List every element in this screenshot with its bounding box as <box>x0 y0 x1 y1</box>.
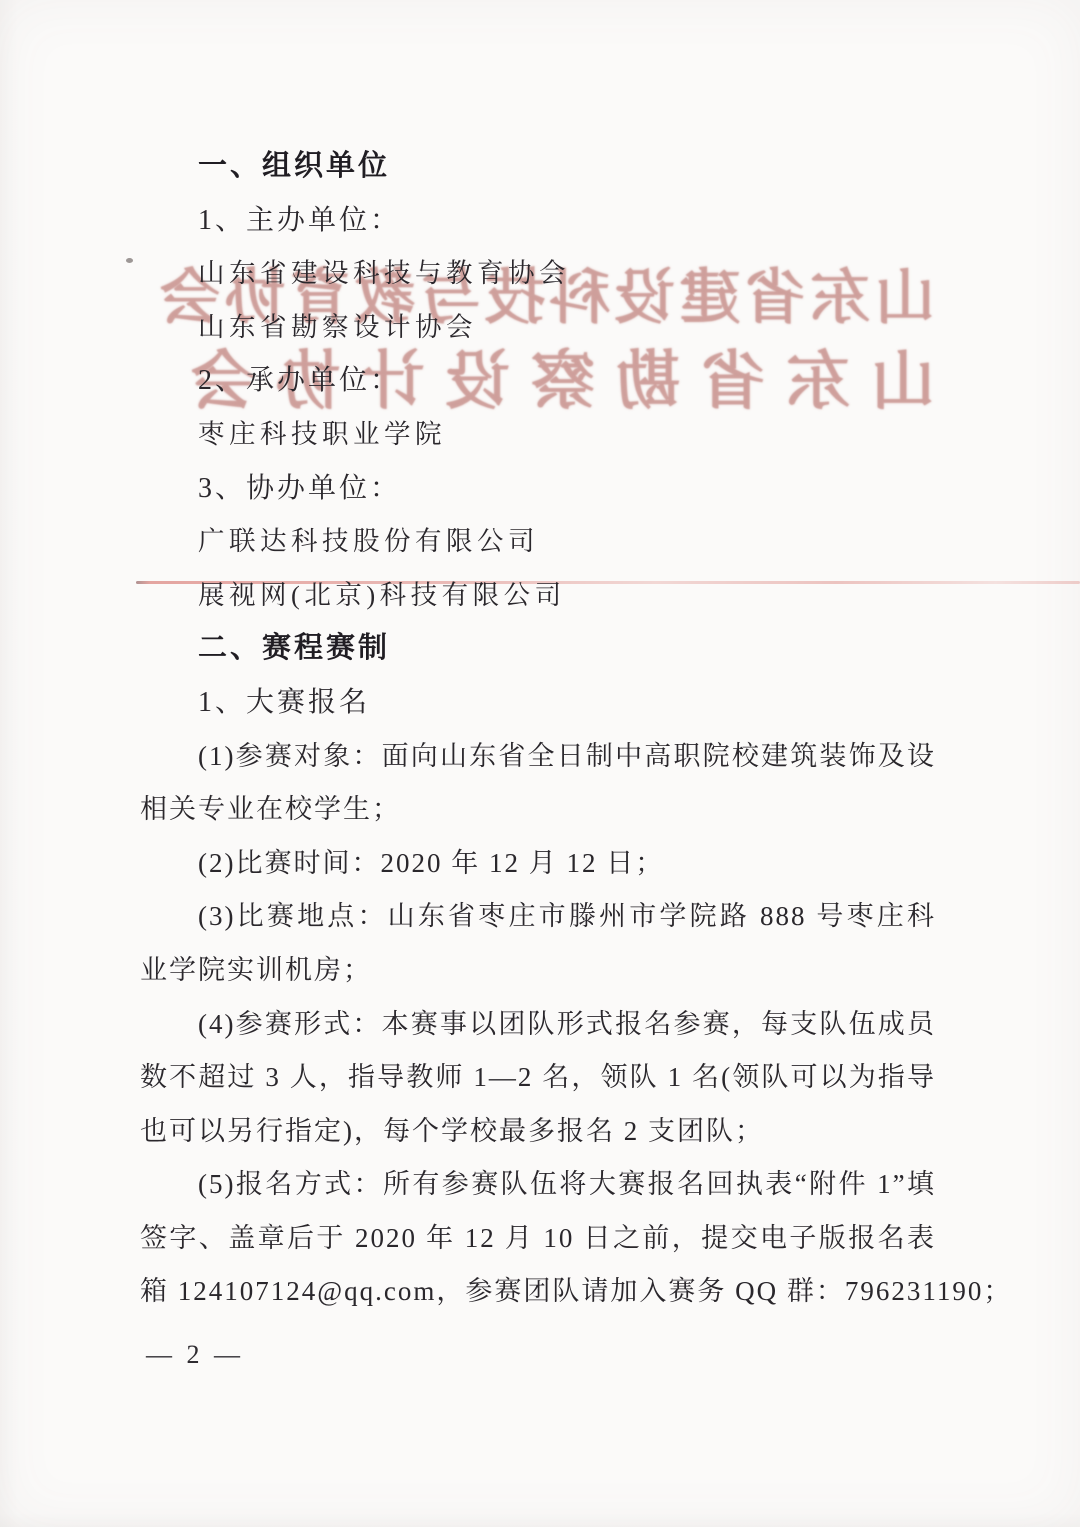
body-text: 一、组织单位1、主办单位：山东省建设科技与教育协会山东省勘察设计协会2、承办单位… <box>140 140 936 1319</box>
text-line: (1)参赛对象：面向山东省全日制中高职院校建筑装饰及设计 <box>140 730 936 784</box>
text-line: 枣庄科技职业学院 <box>140 408 936 462</box>
scanned-document-page: 山东省建设科技与教育协会 山东省勘察设计协会 一、组织单位1、主办单位：山东省建… <box>0 0 1080 1527</box>
text-line: 广联达科技股份有限公司 <box>140 515 936 569</box>
page-number: — 2 — <box>146 1340 244 1370</box>
ink-speck <box>126 258 133 263</box>
text-line: (3)比赛地点：山东省枣庄市滕州市学院路 888 号枣庄科技职 <box>140 890 936 944</box>
text-line: 签字、盖章后于 2020 年 12 月 10 日之前，提交电子版报名表到邮 <box>140 1212 936 1266</box>
text-line: 山东省建设科技与教育协会 <box>140 247 936 301</box>
text-line: 1、主办单位： <box>140 194 936 248</box>
text-line: 相关专业在校学生； <box>140 783 936 837</box>
text-line: (5)报名方式：所有参赛队伍将大赛报名回执表“附件 1”填好 <box>140 1158 936 1212</box>
text-line: (4)参赛形式：本赛事以团队形式报名参赛，每支队伍成员人 <box>140 998 936 1052</box>
text-line: 二、赛程赛制 <box>140 622 936 676</box>
text-line: 业学院实训机房； <box>140 944 936 998</box>
text-line: 3、协办单位： <box>140 462 936 516</box>
text-line: 也可以另行指定)，每个学校最多报名 2 支团队； <box>140 1105 936 1159</box>
text-line: (2)比赛时间：2020 年 12 月 12 日； <box>140 837 936 891</box>
text-line: 1、大赛报名 <box>140 676 936 730</box>
text-line: 一、组织单位 <box>140 140 936 194</box>
text-line: 展视网(北京)科技有限公司 <box>140 569 936 623</box>
text-line: 山东省勘察设计协会 <box>140 301 936 355</box>
text-line: 箱 124107124@qq.com，参赛团队请加入赛务 QQ 群：796231… <box>140 1265 936 1319</box>
text-line: 数不超过 3 人，指导教师 1—2 名，领队 1 名(领队可以为指导老师 <box>140 1051 936 1105</box>
text-line: 2、承办单位： <box>140 354 936 408</box>
